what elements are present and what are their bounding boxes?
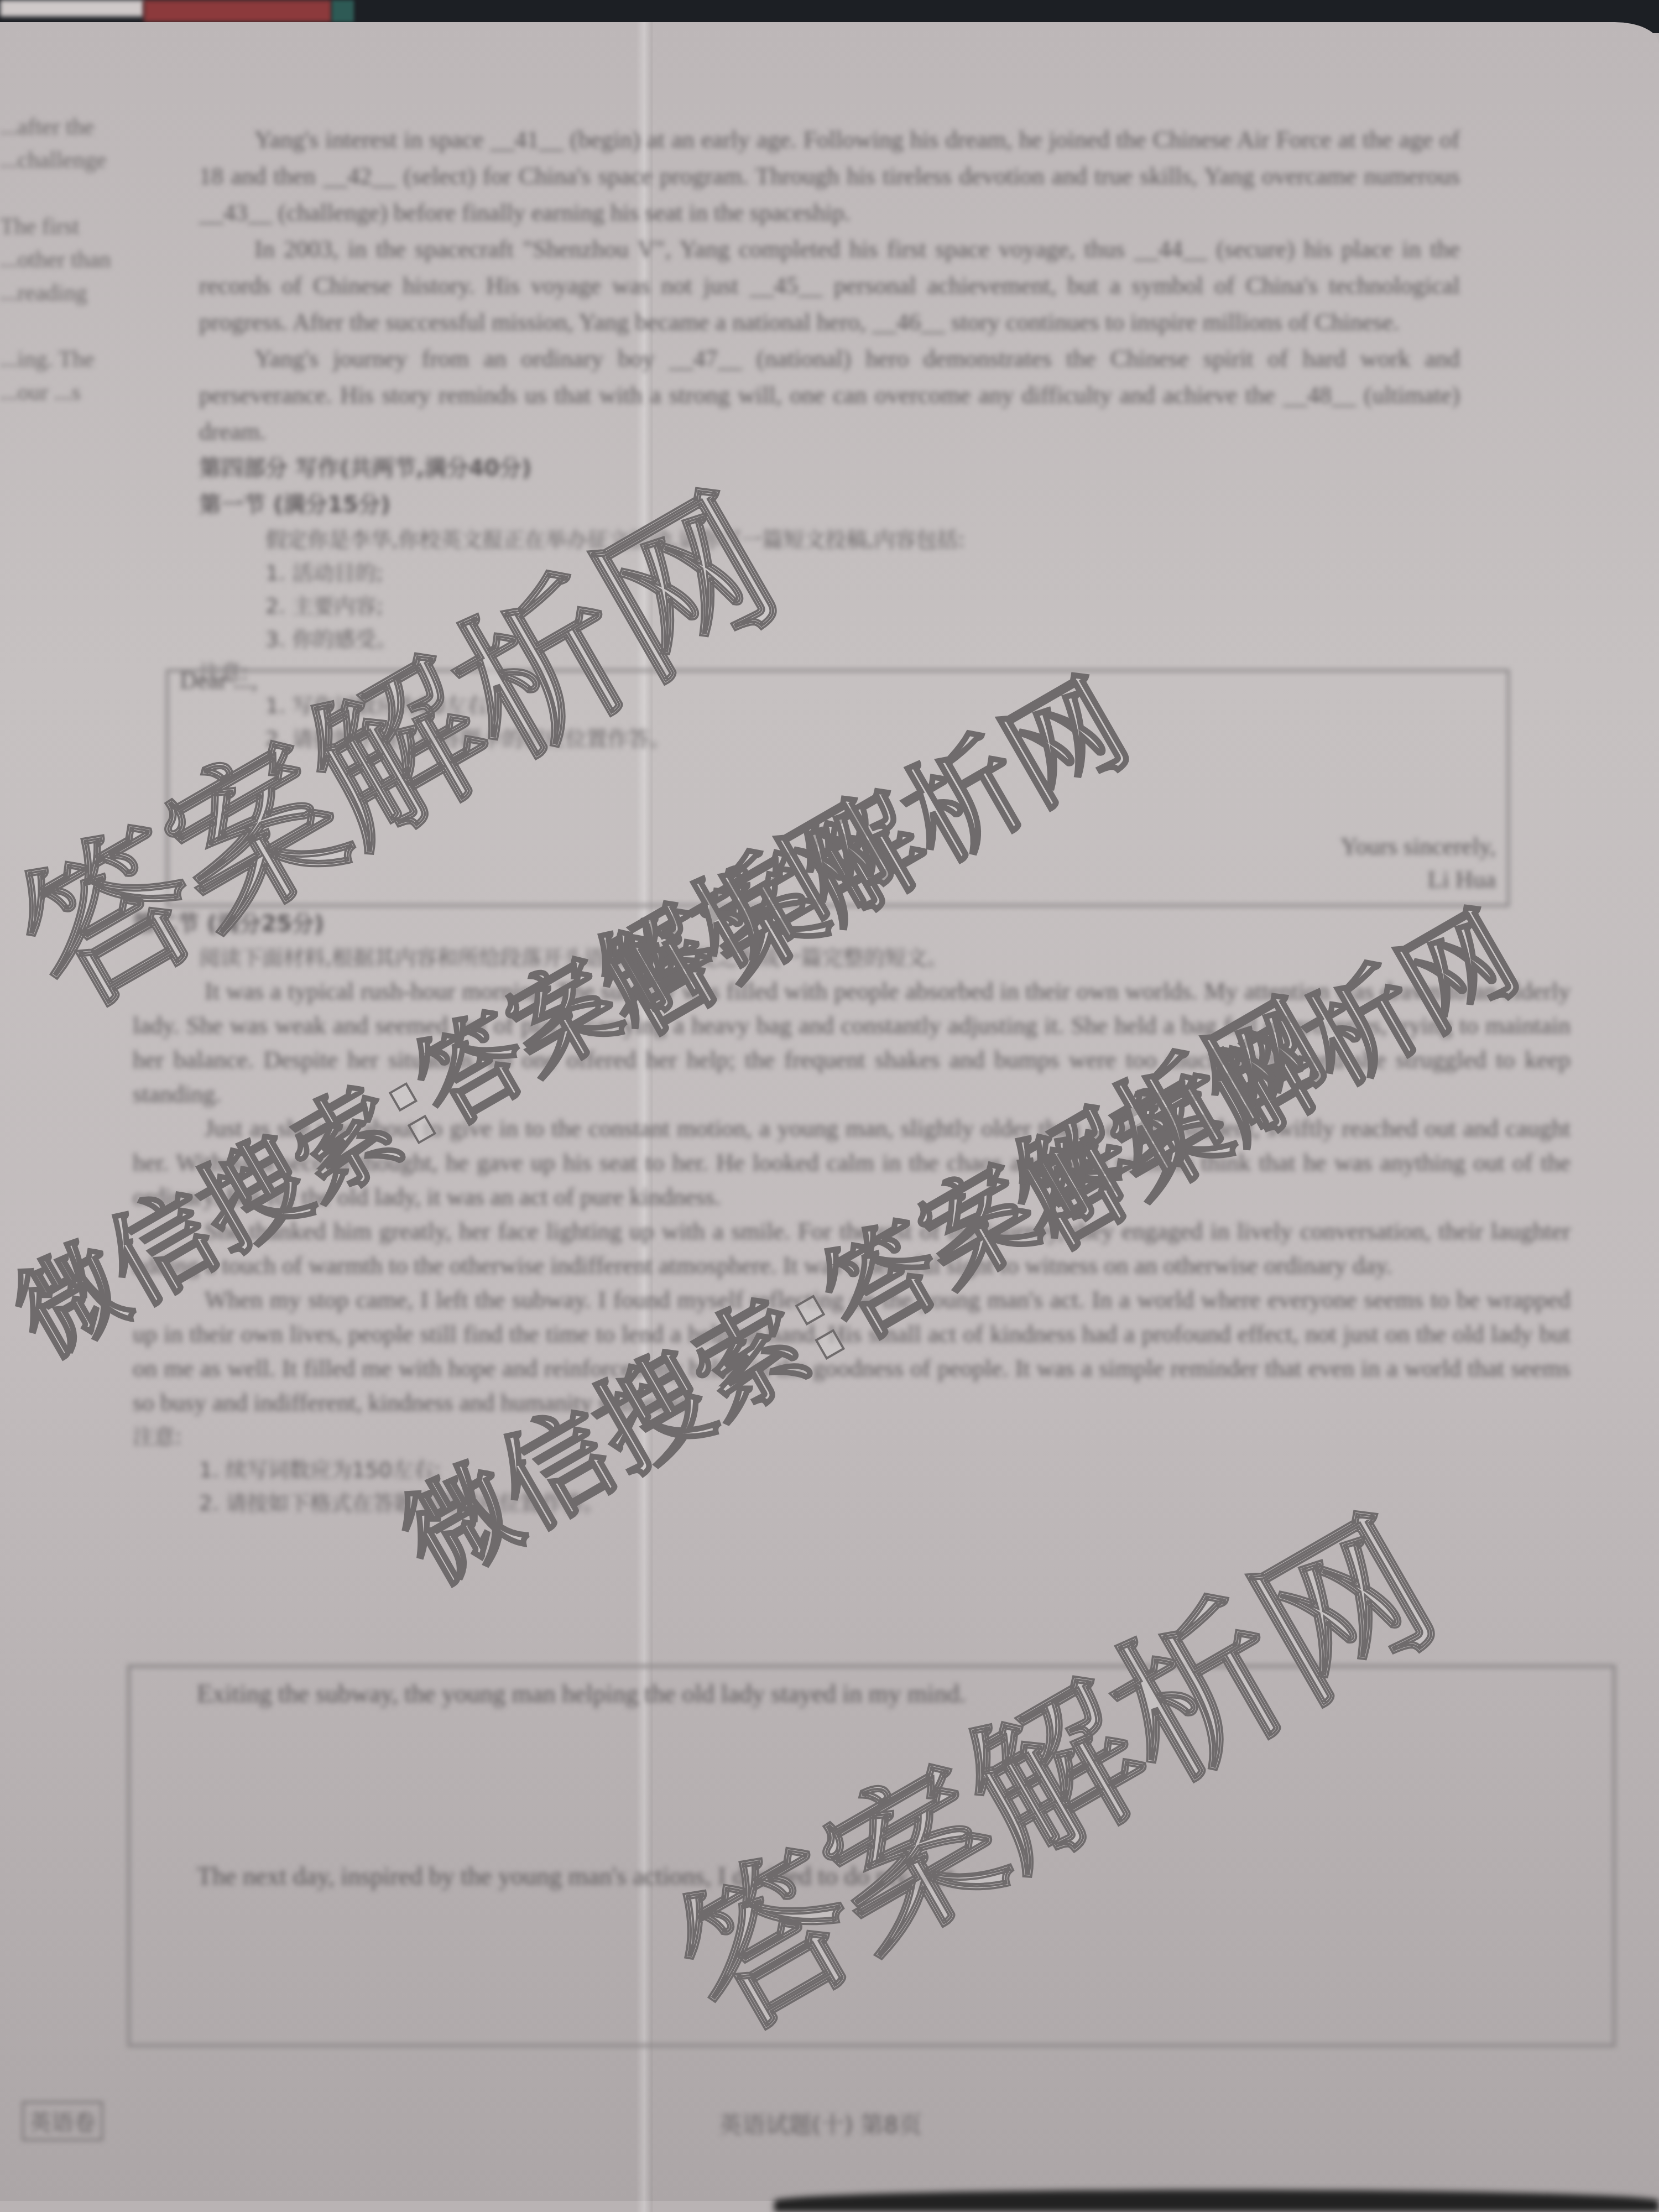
background-object — [0, 0, 144, 17]
page-number: 英语试题(十) 第8页 — [719, 2107, 922, 2140]
footer-badge: 英语卷 — [22, 2101, 103, 2141]
background-object — [332, 0, 354, 22]
left-fragment: ...after the ...challenge — [0, 111, 122, 177]
writing-section-title: 第四部分 写作(共两节,满分40分) — [199, 450, 1460, 487]
letter-closing: Yours sincerely, — [1340, 832, 1496, 860]
left-page-edge: ...after the ...challenge The first ...o… — [0, 111, 122, 442]
background-object — [144, 0, 332, 22]
part1-prompt: 假定你是李华,你校英文报正在举办征文活动,请你写一篇短文投稿,内容包括: — [199, 523, 1460, 556]
part2-notes-label: 注意: — [133, 1420, 1571, 1453]
left-fragment: ...ing. The ...our ...s — [0, 343, 122, 409]
part1-heading: 第一节 (满分15分) — [199, 487, 1460, 523]
left-fragment: The first ...other than ...reading — [0, 210, 122, 310]
passage-paragraph: Yang's interest in space __41__ (begin) … — [199, 122, 1460, 231]
part1-point: 1. 活动目的; — [199, 556, 1460, 589]
passage-paragraph: Yang's journey from an ordinary boy __47… — [199, 341, 1460, 450]
passage-paragraph: In 2003, in the spacecraft "Shenzhou V",… — [199, 231, 1460, 341]
continuation-starter-1: Exiting the subway, the young man helpin… — [197, 1679, 966, 1708]
background-object — [774, 2190, 1659, 2212]
